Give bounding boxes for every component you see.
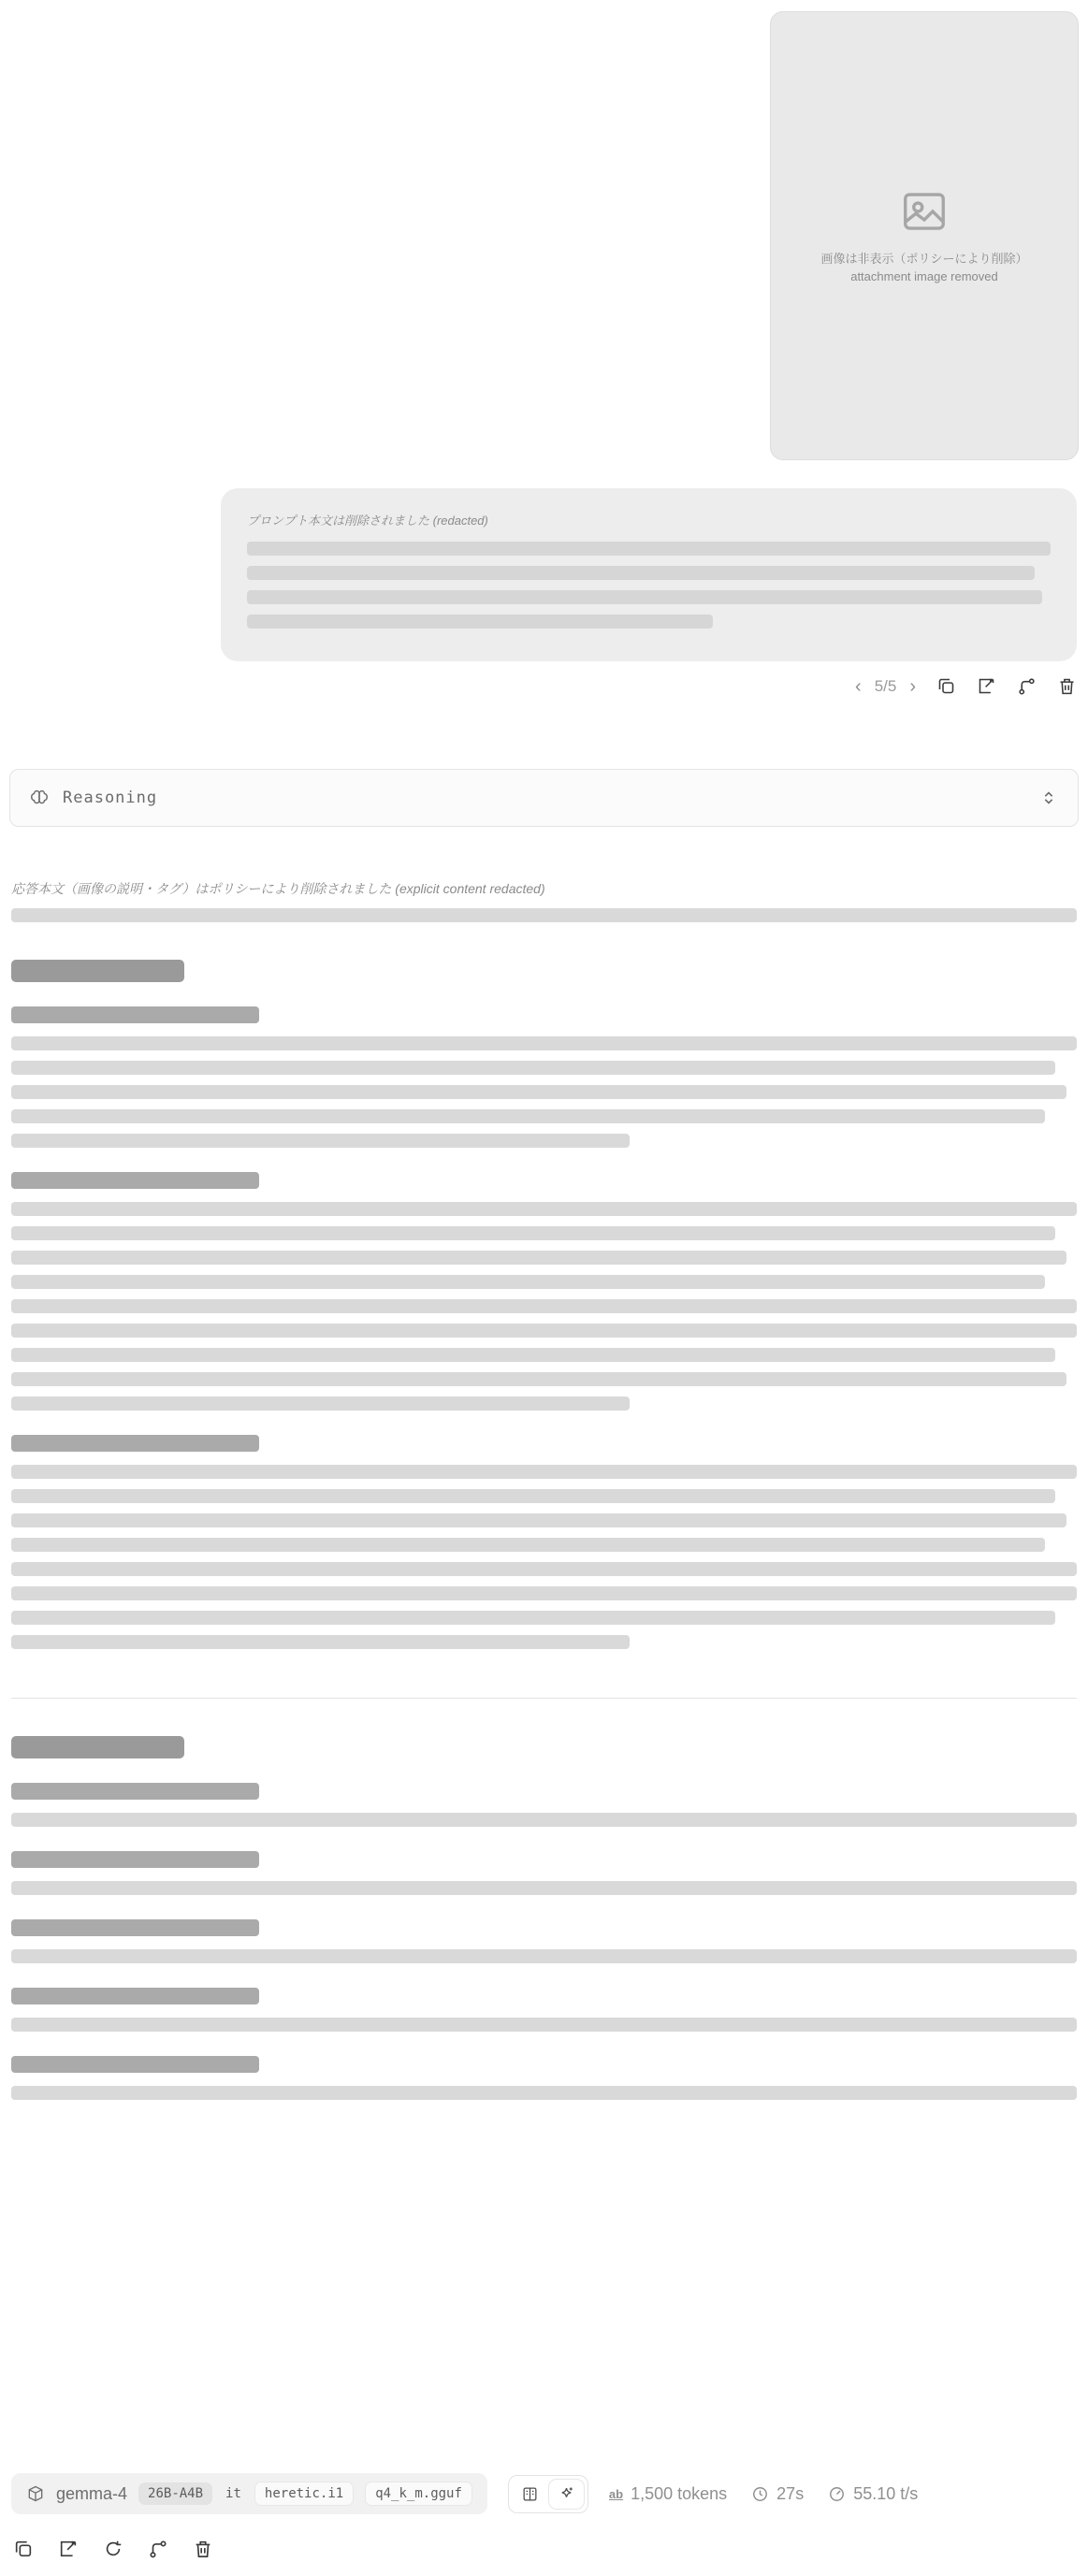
reader-mode-button[interactable] <box>513 2480 547 2509</box>
redacted-text-line <box>11 1949 1077 1963</box>
chevron-up-down-icon <box>1038 788 1059 808</box>
model-tag: q4_k_m.gguf <box>365 2482 472 2506</box>
duration-stat: 27s <box>751 2484 804 2504</box>
edit-message-button[interactable] <box>977 676 996 696</box>
regenerate-icon <box>103 2539 123 2559</box>
redacted-text-line <box>11 1783 259 1800</box>
user-redaction-note: プロンプト本文は削除されました (redacted) <box>247 511 1051 528</box>
message-nav: ‹ 5/5 › <box>855 677 916 696</box>
copy-icon <box>936 676 956 696</box>
redacted-text-line <box>11 908 1077 922</box>
book-icon <box>521 2485 539 2503</box>
trash-icon <box>1057 676 1077 696</box>
redacted-text-line <box>11 1586 1077 1600</box>
reasoning-panel-toggle[interactable]: Reasoning <box>9 769 1079 827</box>
redacted-text-line <box>247 542 1051 556</box>
redacted-text-line <box>11 1134 630 1148</box>
speed-gauge-icon <box>828 2485 846 2503</box>
redacted-text-line <box>11 1372 1066 1386</box>
redacted-text-line <box>11 1275 1045 1289</box>
redacted-text-line <box>11 1299 1077 1313</box>
image-placeholder-icon <box>899 186 950 237</box>
speed: 55.10 t/s <box>853 2484 918 2504</box>
attachment-image-redacted[interactable]: 画像は非表示（ポリシーにより削除） attachment image remov… <box>770 11 1079 460</box>
redacted-text-line <box>11 1538 1045 1552</box>
redacted-text-line <box>11 2018 1077 2032</box>
model-tag: heretic.i1 <box>254 2482 354 2506</box>
redacted-text-line <box>11 1085 1066 1099</box>
redacted-text-line <box>11 1736 184 1758</box>
redacted-text-line <box>11 1635 630 1649</box>
redacted-text-line <box>11 1109 1045 1123</box>
model-name: gemma-4 <box>56 2484 127 2504</box>
branch-icon <box>148 2539 168 2559</box>
branch-icon <box>1017 676 1037 696</box>
redacted-text-line <box>11 1348 1055 1362</box>
redacted-text-line <box>11 1435 259 1452</box>
token-count-icon: ab <box>609 2487 623 2501</box>
speed-stat: 55.10 t/s <box>828 2484 918 2504</box>
redacted-text-line <box>11 1061 1055 1075</box>
chevron-right-icon: › <box>909 677 916 696</box>
sparkle-icon <box>558 2485 575 2503</box>
assistant-message: 応答本文（画像の説明・タグ）はポリシーにより削除されました (explicit … <box>9 879 1079 2110</box>
message-actions-row: ‹ 5/5 › <box>855 676 1077 696</box>
edit-icon <box>58 2539 79 2559</box>
redacted-text-line <box>11 1851 259 1868</box>
redacted-text-line <box>11 1988 259 2004</box>
redacted-text-line <box>11 1465 1077 1479</box>
tools-pill <box>508 2475 588 2513</box>
redacted-text-line <box>11 1513 1066 1527</box>
image-redaction-note: 画像は非表示（ポリシーにより削除） attachment image remov… <box>804 250 1044 286</box>
redacted-text-line <box>11 1036 1077 1050</box>
brain-icon <box>29 788 50 808</box>
copy-icon <box>13 2539 34 2559</box>
redacted-text-line <box>11 1006 259 1023</box>
assistant-content <box>11 908 1077 2100</box>
redacted-text-line <box>11 1251 1066 1265</box>
model-pill[interactable]: gemma-4 26B-A4B it heretic.i1 q4_k_m.ggu… <box>11 2473 487 2514</box>
generation-footer: gemma-4 26B-A4B it heretic.i1 q4_k_m.ggu… <box>9 2473 1079 2514</box>
regenerate-button[interactable] <box>103 2539 123 2559</box>
redacted-text-line <box>11 1813 1077 1827</box>
assistant-redaction-note: 応答本文（画像の説明・タグ）はポリシーにより削除されました (explicit … <box>11 879 1077 898</box>
model-tag: it <box>224 2482 243 2505</box>
prev-message-button[interactable]: ‹ <box>855 677 862 696</box>
redacted-text-line <box>247 590 1042 604</box>
redacted-text-line <box>11 1611 1055 1625</box>
branch-response-button[interactable] <box>148 2539 168 2559</box>
response-actions-row <box>13 2539 1079 2559</box>
user-message-bubble: プロンプト本文は削除されました (redacted) <box>221 488 1077 661</box>
redacted-text-line <box>11 1226 1055 1240</box>
sparkle-mode-button[interactable] <box>549 2480 584 2509</box>
chat-page: 画像は非表示（ポリシーにより削除） attachment image remov… <box>0 0 1088 2576</box>
generation-stats: ab 1,500 tokens 27s 55.10 t/s <box>609 2484 918 2504</box>
section-divider <box>11 1698 1077 1699</box>
chevron-left-icon: ‹ <box>855 677 862 696</box>
next-message-button[interactable]: › <box>909 677 916 696</box>
edit-response-button[interactable] <box>58 2539 79 2559</box>
redacted-text-line <box>11 2086 1077 2100</box>
copy-response-button[interactable] <box>13 2539 34 2559</box>
package-icon <box>26 2484 45 2503</box>
redacted-text-line <box>11 2056 259 2073</box>
branch-message-button[interactable] <box>1017 676 1037 696</box>
trash-icon <box>193 2539 213 2559</box>
redacted-text-line <box>11 1919 259 1936</box>
edit-icon <box>977 676 996 696</box>
redacted-text-line <box>11 960 184 982</box>
redacted-text-line <box>11 1202 1077 1216</box>
redacted-text-line <box>11 1562 1077 1576</box>
model-badge: 26B-A4B <box>138 2482 212 2505</box>
redacted-text-line <box>11 1172 259 1189</box>
token-count: 1,500 tokens <box>631 2484 727 2504</box>
user-message-redacted-lines <box>247 542 1051 629</box>
message-position: 5/5 <box>875 677 897 696</box>
clock-icon <box>751 2485 769 2503</box>
token-count-stat: ab 1,500 tokens <box>609 2484 727 2504</box>
redacted-text-line <box>247 566 1035 580</box>
redacted-text-line <box>11 1489 1055 1503</box>
delete-response-button[interactable] <box>193 2539 213 2559</box>
redacted-text-line <box>247 615 713 629</box>
redacted-text-line <box>11 1397 630 1411</box>
redacted-text-line <box>11 1324 1077 1338</box>
reasoning-label: Reasoning <box>63 789 157 807</box>
delete-message-button[interactable] <box>1057 676 1077 696</box>
duration: 27s <box>776 2484 804 2504</box>
redacted-text-line <box>11 1881 1077 1895</box>
copy-message-button[interactable] <box>936 676 956 696</box>
